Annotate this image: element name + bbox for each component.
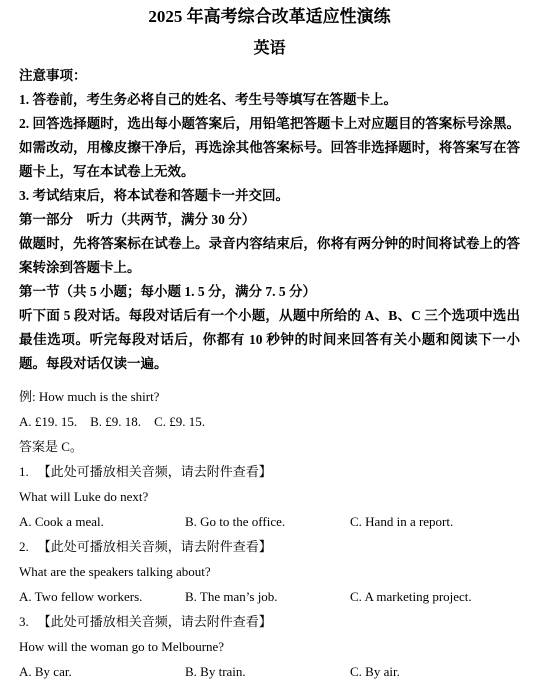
example-option-b: B. £9. 18.: [90, 414, 141, 429]
example-answer: 答案是 C。: [19, 434, 520, 459]
question-3-audio-note: 3.【此处可播放相关音频，请去附件查看】: [19, 609, 520, 634]
page-title: 2025 年高考综合改革适应性演练: [19, 6, 520, 28]
question-2-audio-note: 2.【此处可播放相关音频，请去附件查看】: [19, 534, 520, 559]
notice-item-3: 3. 考试结束后，将本试卷和答题卡一并交回。: [19, 184, 520, 208]
question-1-options: A. Cook a meal. B. Go to the office. C. …: [19, 509, 520, 534]
question-1-option-b: B. Go to the office.: [185, 509, 350, 534]
example-options: A. £19. 15.B. £9. 18.C. £9. 15.: [19, 409, 520, 434]
part1-instruction: 做题时，先将答案标在试卷上。录音内容结束后，你将有两分钟的时间将试卷上的答案转涂…: [19, 232, 520, 280]
question-1-number: 1.: [19, 464, 29, 479]
question-2-options: A. Two fellow workers. B. The man’s job.…: [19, 584, 520, 609]
question-1-option-c: C. Hand in a report.: [350, 509, 520, 534]
question-3-option-a: A. By car.: [19, 659, 185, 681]
question-3-audio-text: 【此处可播放相关音频，请去附件查看】: [38, 614, 272, 629]
question-2-audio-text: 【此处可播放相关音频，请去附件查看】: [38, 539, 272, 554]
question-1-audio-text: 【此处可播放相关音频，请去附件查看】: [38, 464, 272, 479]
chinese-instructions-block: 注意事项： 1. 答卷前，考生务必将自己的姓名、考生号等填写在答题卡上。 2. …: [19, 64, 520, 376]
question-1-text: What will Luke do next?: [19, 484, 520, 509]
section1-instruction: 听下面 5 段对话。每段对话后有一个小题，从题中所给的 A、B、C 三个选项中选…: [19, 304, 520, 376]
question-2-option-b: B. The man’s job.: [185, 584, 350, 609]
question-2-text: What are the speakers talking about?: [19, 559, 520, 584]
question-1-audio-note: 1.【此处可播放相关音频，请去附件查看】: [19, 459, 520, 484]
question-3-option-b: B. By train.: [185, 659, 350, 681]
listening-questions-block: 例: How much is the shirt? A. £19. 15.B. …: [19, 384, 520, 681]
question-3-option-c: C. By air.: [350, 659, 520, 681]
section1-heading: 第一节（共 5 小题；每小题 1. 5 分，满分 7. 5 分）: [19, 280, 520, 304]
question-3-options: A. By car. B. By train. C. By air.: [19, 659, 520, 681]
question-2-number: 2.: [19, 539, 29, 554]
example-option-c: C. £9. 15.: [154, 414, 205, 429]
question-2-option-a: A. Two fellow workers.: [19, 584, 185, 609]
page-subtitle: 英语: [19, 39, 520, 59]
part1-heading: 第一部分 听力（共两节，满分 30 分）: [19, 208, 520, 232]
example-option-a: A. £19. 15.: [19, 414, 77, 429]
question-3-text: How will the woman go to Melbourne?: [19, 634, 520, 659]
question-2-option-c: C. A marketing project.: [350, 584, 520, 609]
notice-item-2: 2. 回答选择题时，选出每小题答案后，用铅笔把答题卡上对应题目的答案标号涂黑。如…: [19, 112, 520, 184]
example-question: 例: How much is the shirt?: [19, 384, 520, 409]
notices-heading: 注意事项：: [19, 64, 520, 88]
notice-item-1: 1. 答卷前，考生务必将自己的姓名、考生号等填写在答题卡上。: [19, 88, 520, 112]
exam-paper-page: 2025 年高考综合改革适应性演练 英语 注意事项： 1. 答卷前，考生务必将自…: [0, 0, 540, 681]
question-1-option-a: A. Cook a meal.: [19, 509, 185, 534]
question-3-number: 3.: [19, 614, 29, 629]
